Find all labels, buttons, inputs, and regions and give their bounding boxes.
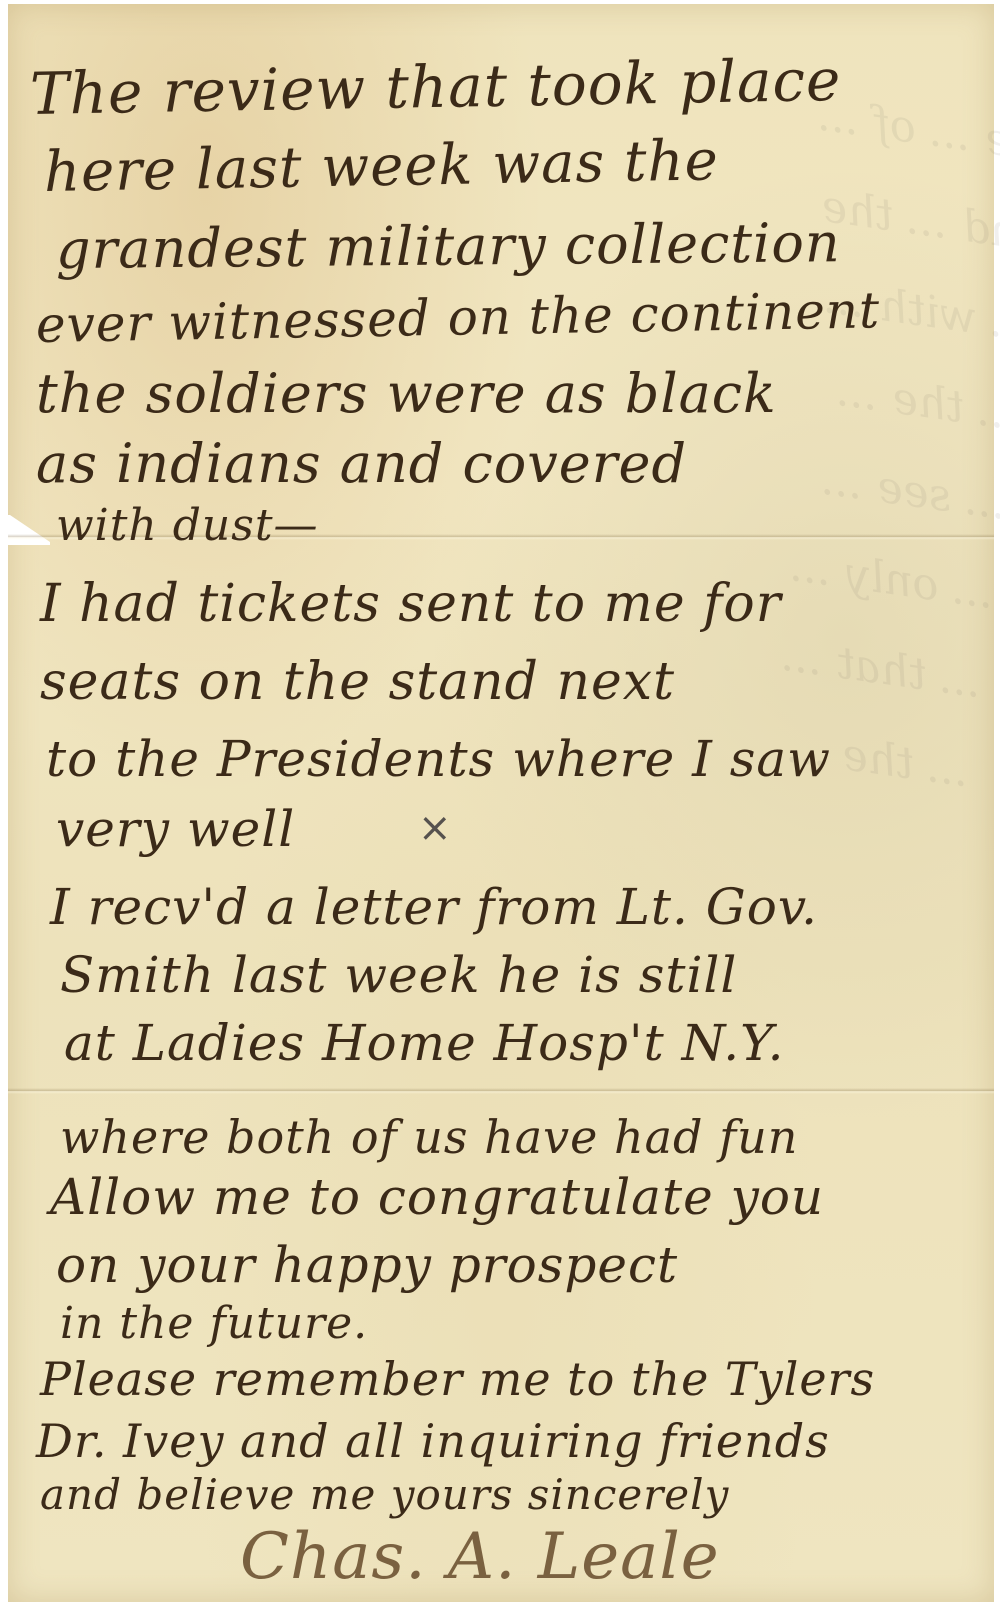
signature: Chas. A. Leale [240, 1520, 720, 1594]
letter-line: I recv'd a letter from Lt. Gov. [50, 878, 818, 936]
letter-line: with dust— [56, 500, 319, 551]
letter-line: Allow me to congratulate you [50, 1168, 824, 1226]
letter-line: where both of us have had fun [60, 1110, 798, 1164]
letter-line: at Ladies Home Hosp't N.Y. [64, 1014, 785, 1072]
letter-line: Dr. Ivey and all inquiring friends [36, 1414, 830, 1468]
letter-line: here last week was the [43, 128, 719, 205]
letter-line: in the future. [60, 1298, 368, 1349]
letter-line: ever witnessed on the continent [35, 281, 880, 354]
letter-body: The review that took place here last wee… [0, 0, 1000, 1606]
letter-line: The review that took place [29, 46, 841, 128]
letter-line: on your happy prospect [56, 1236, 678, 1294]
letter-line: the soldiers were as black [36, 362, 777, 425]
letter-line: to the Presidents where I saw [46, 730, 831, 788]
letter-line: grandest military collection [56, 211, 841, 281]
letter-line: and believe me yours sincerely [40, 1470, 729, 1519]
x-mark-annotation: × [418, 808, 452, 848]
letter-line: Smith last week he is still [60, 946, 737, 1004]
letter-line: I had tickets sent to me for [40, 574, 782, 634]
letter-line: Please remember me to the Tylers [40, 1352, 875, 1406]
letter-line: as indians and covered [36, 432, 687, 495]
letter-line: seats on the stand next [40, 652, 675, 712]
letter-line: very well [56, 800, 295, 858]
